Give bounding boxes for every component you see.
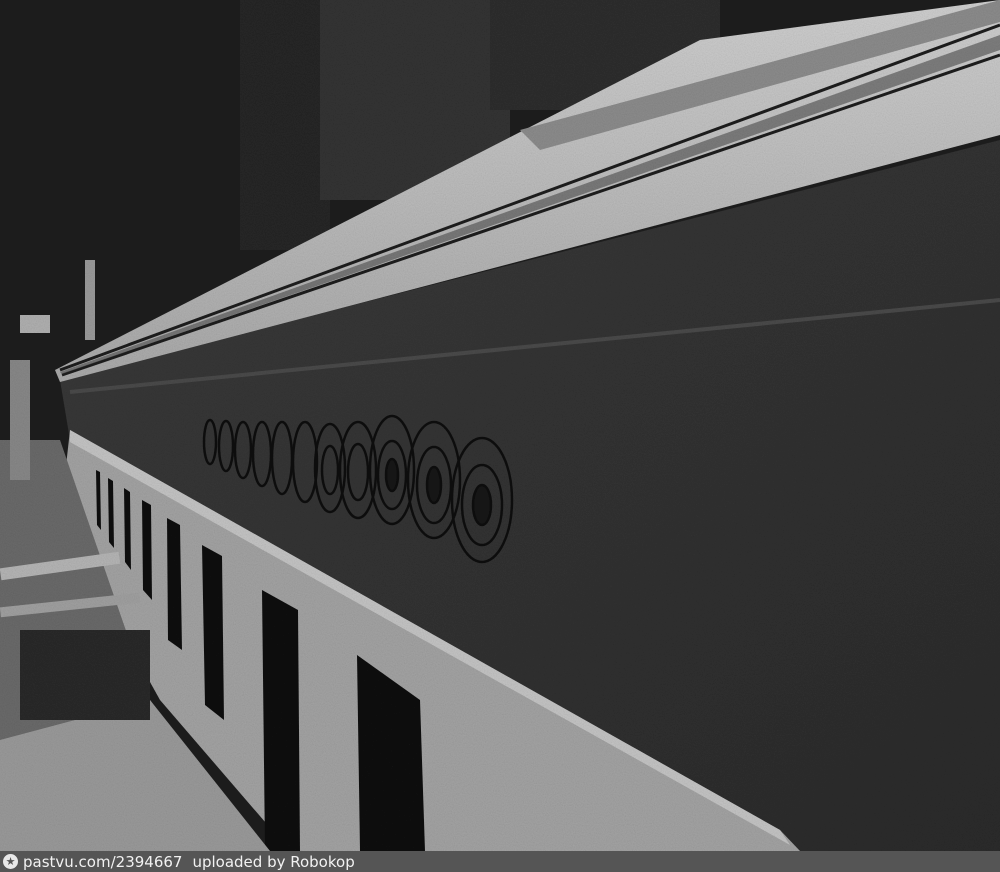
photo-frame: ★ pastvu.com/2394667 uploaded by Robokop xyxy=(0,0,1000,872)
source-url[interactable]: pastvu.com/2394667 xyxy=(23,853,182,871)
uploader-credit: uploaded by Robokop xyxy=(192,853,354,871)
historical-photo xyxy=(0,0,1000,851)
watermark-bar: ★ pastvu.com/2394667 uploaded by Robokop xyxy=(0,851,1000,872)
star-icon: ★ xyxy=(3,854,18,869)
facade-illustration xyxy=(0,0,1000,851)
